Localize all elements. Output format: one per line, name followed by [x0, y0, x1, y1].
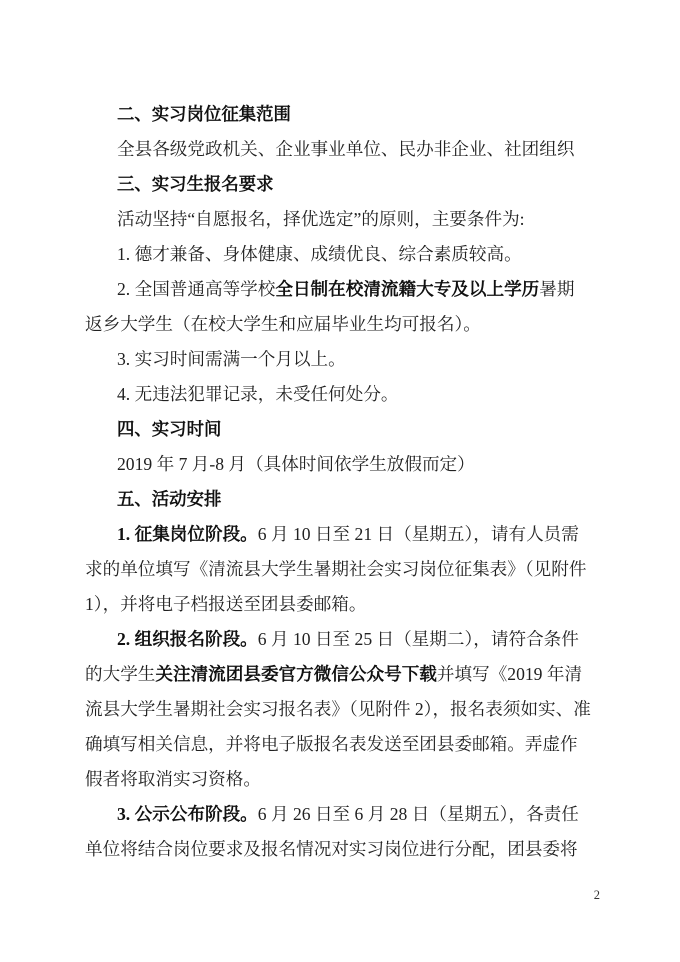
- text-run: 二、实习岗位征集范围: [117, 104, 291, 124]
- text-run: 1），并将电子档报送至团县委邮箱。: [85, 594, 367, 614]
- heading-line: 三、实习生报名要求: [85, 167, 601, 202]
- text-line: 流县大学生暑期社会实习报名表》（见附件 2），报名表须如实、准: [85, 692, 601, 727]
- text-run: 6 月 26 日至 6 月 28 日（星期五），各责任: [258, 804, 579, 824]
- text-line: 单位将结合岗位要求及报名情况对实习岗位进行分配，团县委将: [85, 832, 601, 867]
- text-run: 确填写相关信息，并将电子版报名表发送至团县委邮箱。弄虚作: [85, 734, 578, 754]
- text-run: 4. 无违法犯罪记录，未受任何处分。: [117, 384, 399, 404]
- text-run: 四、实习时间: [117, 419, 221, 439]
- text-line: 全县各级党政机关、企业事业单位、民办非企业、社团组织: [85, 132, 601, 167]
- text-run: 活动坚持“自愿报名，择优选定”的原则，主要条件为:: [117, 209, 525, 229]
- text-line: 确填写相关信息，并将电子版报名表发送至团县委邮箱。弄虚作: [85, 727, 601, 762]
- text-run: 并填写《2019 年清: [437, 664, 582, 684]
- text-line: 假者将取消实习资格。: [85, 762, 601, 797]
- text-line: 的大学生关注清流团县委官方微信公众号下载并填写《2019 年清: [85, 657, 601, 692]
- text-run: 五、活动安排: [117, 489, 221, 509]
- text-run: 1. 德才兼备、身体健康、成绩优良、综合素质较高。: [117, 244, 522, 264]
- text-run: 1. 征集岗位阶段。: [117, 524, 258, 544]
- text-run: 假者将取消实习资格。: [85, 769, 261, 789]
- text-run: 6 月 10 日至 21 日（星期五），请有人员需: [258, 524, 579, 544]
- document-page: 二、实习岗位征集范围全县各级党政机关、企业事业单位、民办非企业、社团组织三、实习…: [0, 0, 680, 962]
- text-run: 全县各级党政机关、企业事业单位、民办非企业、社团组织: [117, 139, 574, 159]
- text-run: 2. 组织报名阶段。: [117, 629, 258, 649]
- text-line: 3. 实习时间需满一个月以上。: [85, 342, 601, 377]
- text-run: 3. 实习时间需满一个月以上。: [117, 349, 346, 369]
- text-run: 暑期: [539, 279, 574, 299]
- text-run: 关注清流团县委官方微信公众号下载: [155, 664, 437, 684]
- heading-line: 五、活动安排: [85, 482, 601, 517]
- text-line: 4. 无违法犯罪记录，未受任何处分。: [85, 377, 601, 412]
- text-line: 3. 公示公布阶段。6 月 26 日至 6 月 28 日（星期五），各责任: [85, 797, 601, 832]
- text-run: 2. 全国普通高等学校: [117, 279, 275, 299]
- text-line: 2019 年 7 月-8 月（具体时间依学生放假而定）: [85, 447, 601, 482]
- text-line: 1. 德才兼备、身体健康、成绩优良、综合素质较高。: [85, 237, 601, 272]
- text-run: 全日制在校清流籍大专及以上学历: [275, 279, 539, 299]
- text-run: 三、实习生报名要求: [117, 174, 274, 194]
- text-run: 的大学生: [85, 664, 155, 684]
- document-body: 二、实习岗位征集范围全县各级党政机关、企业事业单位、民办非企业、社团组织三、实习…: [85, 97, 601, 867]
- text-run: 单位将结合岗位要求及报名情况对实习岗位进行分配，团县委将: [85, 839, 578, 859]
- text-line: 2. 全国普通高等学校全日制在校清流籍大专及以上学历暑期: [85, 272, 601, 307]
- text-line: 求的单位填写《清流县大学生暑期社会实习岗位征集表》（见附件: [85, 552, 601, 587]
- heading-line: 四、实习时间: [85, 412, 601, 447]
- text-line: 活动坚持“自愿报名，择优选定”的原则，主要条件为:: [85, 202, 601, 237]
- text-run: 流县大学生暑期社会实习报名表》（见附件 2），报名表须如实、准: [85, 699, 591, 719]
- text-run: 返乡大学生（在校大学生和应届毕业生均可报名）。: [85, 314, 481, 334]
- text-run: 6 月 10 日至 25 日（星期二），请符合条件: [258, 629, 579, 649]
- text-line: 返乡大学生（在校大学生和应届毕业生均可报名）。: [85, 307, 601, 342]
- text-line: 1. 征集岗位阶段。6 月 10 日至 21 日（星期五），请有人员需: [85, 517, 601, 552]
- text-line: 2. 组织报名阶段。6 月 10 日至 25 日（星期二），请符合条件: [85, 622, 601, 657]
- text-line: 1），并将电子档报送至团县委邮箱。: [85, 587, 601, 622]
- text-run: 3. 公示公布阶段。: [117, 804, 258, 824]
- heading-line: 二、实习岗位征集范围: [85, 97, 601, 132]
- page-number: 2: [594, 888, 600, 903]
- text-run: 求的单位填写《清流县大学生暑期社会实习岗位征集表》（见附件: [85, 559, 586, 579]
- text-run: 2019 年 7 月-8 月（具体时间依学生放假而定）: [117, 454, 475, 474]
